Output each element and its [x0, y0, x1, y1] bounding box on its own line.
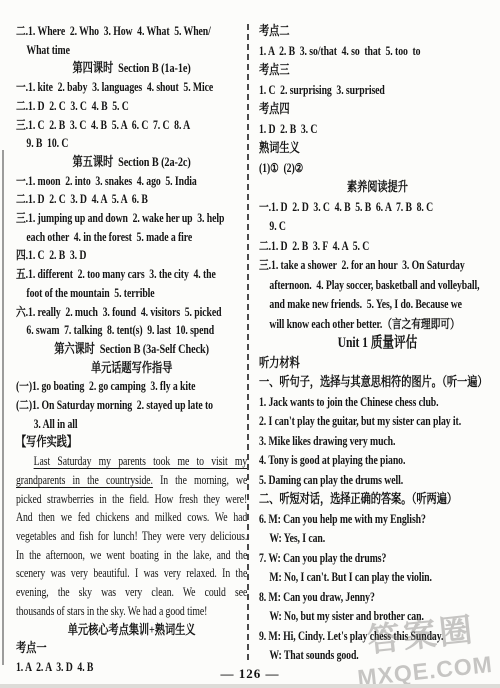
section-heading: 素养阅读提升 [259, 178, 496, 198]
answer-line: 二.1. D 2. C 3. D 4. A 5. A 6. B [16, 190, 247, 209]
scan-edge-line [2, 150, 4, 665]
answer-line: afternoon. 4. Play soccer, basketball an… [259, 276, 496, 296]
answer-line: 1. C 2. surprising 3. surprised [259, 81, 496, 101]
answer-line: 二.1. D 2. C 3. C 4. B 5. C [16, 97, 247, 116]
essay-line: scenery was very beautiful. I was very r… [16, 564, 247, 583]
section-heading: Unit 1 质量评估 [259, 334, 496, 354]
answer-line: each other 4. in the forest 5. made a fi… [16, 228, 247, 247]
answer-line: W: No, but my sister and brother can. [259, 607, 496, 627]
answer-line: 一.1. moon 2. into 3. snakes 4. ago 5. In… [16, 172, 247, 191]
essay-line: vegetables and fish for lunch! They were… [16, 527, 247, 546]
section-heading: 考点三 [259, 61, 496, 81]
answer-line: 一.1. kite 2. baby 3. languages 4. shout … [16, 78, 247, 97]
section-heading: 熟词生义 [259, 139, 496, 159]
answer-line: 9. B 10. C [16, 134, 247, 153]
answer-line: (二)1. On Saturday morning 2. stayed up l… [16, 396, 247, 415]
answer-line: foot of the mountain 5. terrible [16, 284, 247, 303]
page-number: — 126 — [0, 666, 500, 682]
answer-line: 7. W: Can you play the drums? [259, 549, 496, 569]
answer-line: 6. M: Can you help me with my English? [259, 510, 496, 530]
answer-line: 8. M: Can you draw, Jenny? [259, 588, 496, 608]
answer-line: 9. M: Hi, Cindy. Let's play chess this S… [259, 627, 496, 647]
section-heading: 考点四 [259, 100, 496, 120]
answer-line: 一.1. D 2. D 3. C 4. B 5. B 6. A 7. B 8. … [259, 198, 496, 218]
section-heading: 第五课时 Section B (2a-2c) [16, 153, 247, 172]
answer-line: 3. Mike likes drawing very much. [259, 432, 496, 452]
section-heading: 第四课时 Section B (1a-1e) [16, 59, 247, 78]
answer-line: 9. C [259, 217, 496, 237]
answer-line: 3. All in all [16, 415, 247, 434]
answer-line: 二.1. D 2. B 3. F 4. A 5. C [259, 237, 496, 257]
answer-line: 六.1. really 2. much 3. found 4. visitors… [16, 303, 247, 322]
answer-line: M: No, I can't. But I can play the violi… [259, 568, 496, 588]
answer-line: 1. A 2. B 3. so/that 4. so that 5. too t… [259, 42, 496, 62]
answer-line: 6. swam 7. talking 8. tent(s) 9. last 10… [16, 321, 247, 340]
answer-line: 二.1. Where 2. Who 3. How 4. What 5. When… [16, 22, 247, 41]
answer-line: (一)1. go boating 2. go camping 3. fly a … [16, 377, 247, 396]
answer-line: 4. Tony is good at playing the piano. [259, 451, 496, 471]
essay-line: In the afternoon, we went boating in the… [16, 546, 247, 565]
answer-line: (1)① (2)② [259, 159, 496, 179]
answer-line: 1. D 2. B 3. C [259, 120, 496, 140]
answer-line: will know each other better.（言之有理即可） [259, 315, 496, 335]
section-heading: 一、听句子，选择与其意思相符的图片。（听一遍） [259, 373, 496, 393]
essay-line: thousands of stars in the sky. We had a … [16, 602, 247, 621]
answer-line: 三.1. take a shower 2. for an hour 3. On … [259, 256, 496, 276]
section-heading: 二、听短对话，选择正确的答案。（听两遍） [259, 490, 496, 510]
answer-line: 2. I can't play the guitar, but my siste… [259, 412, 496, 432]
essay-line: And then we fed chickens and milked cows… [16, 508, 247, 527]
answer-line: 四.1. C 2. B 3. D [16, 246, 247, 265]
answer-line: 5. Daming can play the drums well. [259, 471, 496, 491]
section-heading: 听力材料 [259, 354, 496, 374]
right-column: 考点二1. A 2. B 3. so/that 4. so that 5. to… [259, 22, 496, 666]
answer-line: and make new friends. 5. Yes, I do. Beca… [259, 295, 496, 315]
answer-line: 五.1. different 2. too many cars 3. the c… [16, 265, 247, 284]
answer-line: What time [16, 41, 247, 60]
left-column: 二.1. Where 2. Who 3. How 4. What 5. When… [16, 22, 247, 677]
answer-line: 三.1. jumping up and down 2. wake her up … [16, 209, 247, 228]
section-heading: 单元话题写作指导 [16, 359, 247, 378]
section-heading: 单元核心考点集训+熟词生义 [16, 621, 247, 640]
underlined-text: Last Saturday my parents took me to visi… [34, 454, 248, 468]
underlined-text: grandparents in the countryside. [16, 473, 153, 487]
answer-line: W: Yes, I can. [259, 529, 496, 549]
essay-line: picked strawberries in the field. How fr… [16, 490, 247, 509]
section-heading: 第六课时 Section B (3a-Self Check) [16, 340, 247, 359]
section-heading: 考点二 [259, 22, 496, 42]
essay-line: evening, the sky was very clean. We coul… [16, 583, 247, 602]
answer-line: W: That sounds good. [259, 646, 496, 666]
answer-key-page: 二.1. Where 2. Who 3. How 4. What 5. When… [0, 0, 500, 688]
essay-line: grandparents in the countryside. In the … [16, 471, 247, 490]
answer-line: 1. Jack wants to join the Chinese chess … [259, 393, 496, 413]
section-heading: 考点一 [16, 639, 247, 658]
scan-bottom-edge [0, 684, 500, 688]
section-heading: 【写作实践】 [16, 433, 247, 452]
column-divider [247, 24, 249, 660]
essay-line: Last Saturday my parents took me to visi… [16, 452, 247, 471]
answer-line: 三.1. C 2. B 3. C 4. B 5. A 6. C 7. C 8. … [16, 116, 247, 135]
